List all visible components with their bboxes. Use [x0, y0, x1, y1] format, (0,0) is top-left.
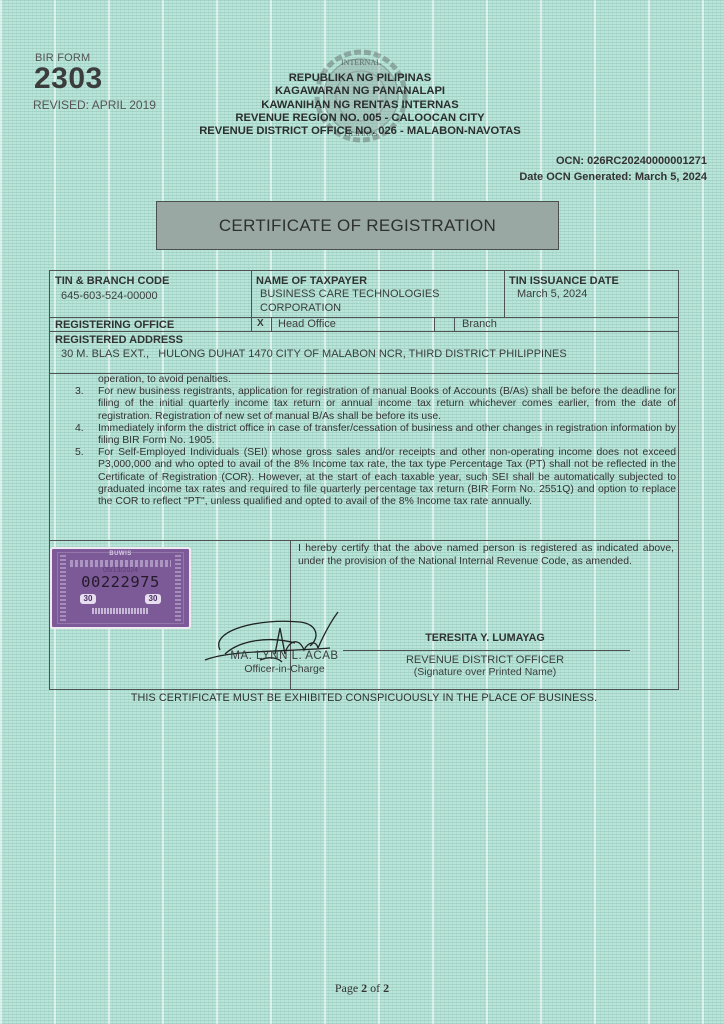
- registering-office-label: REGISTERING OFFICE: [55, 319, 174, 331]
- head-office-checkbox[interactable]: X: [257, 318, 264, 329]
- form-number: 2303: [34, 62, 103, 96]
- table-divider: [504, 271, 505, 317]
- note-text: For Self-Employed Individuals (SEI) whos…: [98, 447, 676, 507]
- stamp-value-right: 30: [145, 594, 161, 604]
- tin-label: TIN & BRANCH CODE: [55, 275, 169, 287]
- note-number: 3.: [75, 386, 84, 398]
- agency-line: REVENUE REGION NO. 005 - CALOOCAN CITY: [180, 112, 540, 125]
- rdo-title: REVENUE DISTRICT OFFICER: [380, 654, 590, 666]
- issuance-date-label: TIN ISSUANCE DATE: [509, 275, 619, 287]
- agency-line: REPUBLIKA NG PILIPINAS: [180, 72, 540, 85]
- note-number: 5.: [75, 447, 84, 459]
- documentary-stamp: BUWIS 05/13/2024 00222975 30 30: [52, 549, 189, 627]
- branch-label: Branch: [462, 318, 497, 330]
- note-text: For new business registrants, applicatio…: [98, 386, 676, 421]
- table-divider: [50, 317, 678, 318]
- note-number: 4.: [75, 423, 84, 435]
- rdo-name: TERESITA Y. LUMAYAG: [395, 632, 575, 644]
- agency-line: KAGAWARAN NG PANANALAPI: [180, 85, 540, 98]
- taxpayer-name-line1: BUSINESS CARE TECHNOLOGIES: [260, 288, 440, 300]
- table-divider: [454, 317, 455, 331]
- notes-box: operation, to avoid penalties. 3. For ne…: [49, 373, 679, 541]
- signature-line: [343, 650, 630, 651]
- ocn-block: OCN: 026RC20240000001271 Date OCN Genera…: [519, 153, 707, 185]
- page-of: of: [370, 981, 380, 995]
- table-divider: [271, 317, 272, 331]
- page-number: Page 2 of 2: [0, 981, 724, 996]
- notes-list: operation, to avoid penalties. 3. For ne…: [98, 374, 676, 508]
- exhibit-notice: THIS CERTIFICATE MUST BE EXHIBITED CONSP…: [49, 692, 679, 704]
- svg-text:INTERNAL: INTERNAL: [341, 58, 381, 67]
- head-office-label: Head Office: [278, 318, 336, 330]
- table-divider: [50, 331, 678, 332]
- stamp-value-left: 30: [80, 594, 96, 604]
- stamp-header: BUWIS: [52, 551, 189, 557]
- oic-name: MA. LYNN L. ACAB: [212, 650, 357, 662]
- page-current: 2: [361, 981, 367, 995]
- issuance-date-value: March 5, 2024: [517, 288, 587, 300]
- oic-title: Officer-in-Charge: [212, 663, 357, 675]
- note-item: 5. For Self-Employed Individuals (SEI) w…: [98, 447, 676, 508]
- note-item: 3. For new business registrants, applica…: [98, 386, 676, 423]
- certification-statement: I hereby certify that the above named pe…: [298, 543, 674, 568]
- certificate-title: CERTIFICATE OF REGISTRATION: [156, 201, 559, 250]
- note-continuation: operation, to avoid penalties.: [98, 374, 676, 386]
- stamp-ornament: [70, 560, 171, 567]
- registered-address-label: REGISTERED ADDRESS: [55, 334, 183, 346]
- registered-address-value: 30 M. BLAS EXT., HULONG DUHAT 1470 CITY …: [61, 348, 567, 360]
- note-item: 4. Immediately inform the district offic…: [98, 423, 676, 447]
- table-divider: [251, 271, 252, 317]
- ocn-number: OCN: 026RC20240000001271: [519, 153, 707, 169]
- agency-line: REVENUE DISTRICT OFFICE NO. 026 - MALABO…: [180, 125, 540, 138]
- tin-value: 645-603-524-00000: [61, 290, 158, 302]
- agency-line: KAWANIHAN NG RENTAS INTERNAS: [180, 99, 540, 112]
- ocn-generated-date: Date OCN Generated: March 5, 2024: [519, 169, 707, 185]
- rdo-signature-caption: (Signature over Printed Name): [380, 666, 590, 678]
- page-prefix: Page: [335, 981, 358, 995]
- page-total: 2: [383, 981, 389, 995]
- agency-header: REPUBLIKA NG PILIPINAS KAGAWARAN NG PANA…: [180, 72, 540, 138]
- stamp-serial-number: 00222975: [52, 573, 189, 591]
- note-text: Immediately inform the district office i…: [98, 423, 676, 446]
- table-divider: [434, 317, 435, 331]
- stamp-ornament: [92, 608, 149, 614]
- registration-info-table: TIN & BRANCH CODE 645-603-524-00000 NAME…: [49, 270, 679, 374]
- taxpayer-label: NAME OF TAXPAYER: [256, 275, 367, 287]
- table-divider: [251, 317, 252, 331]
- form-revised-date: REVISED: APRIL 2019: [33, 98, 156, 112]
- taxpayer-name-line2: CORPORATION: [260, 302, 341, 314]
